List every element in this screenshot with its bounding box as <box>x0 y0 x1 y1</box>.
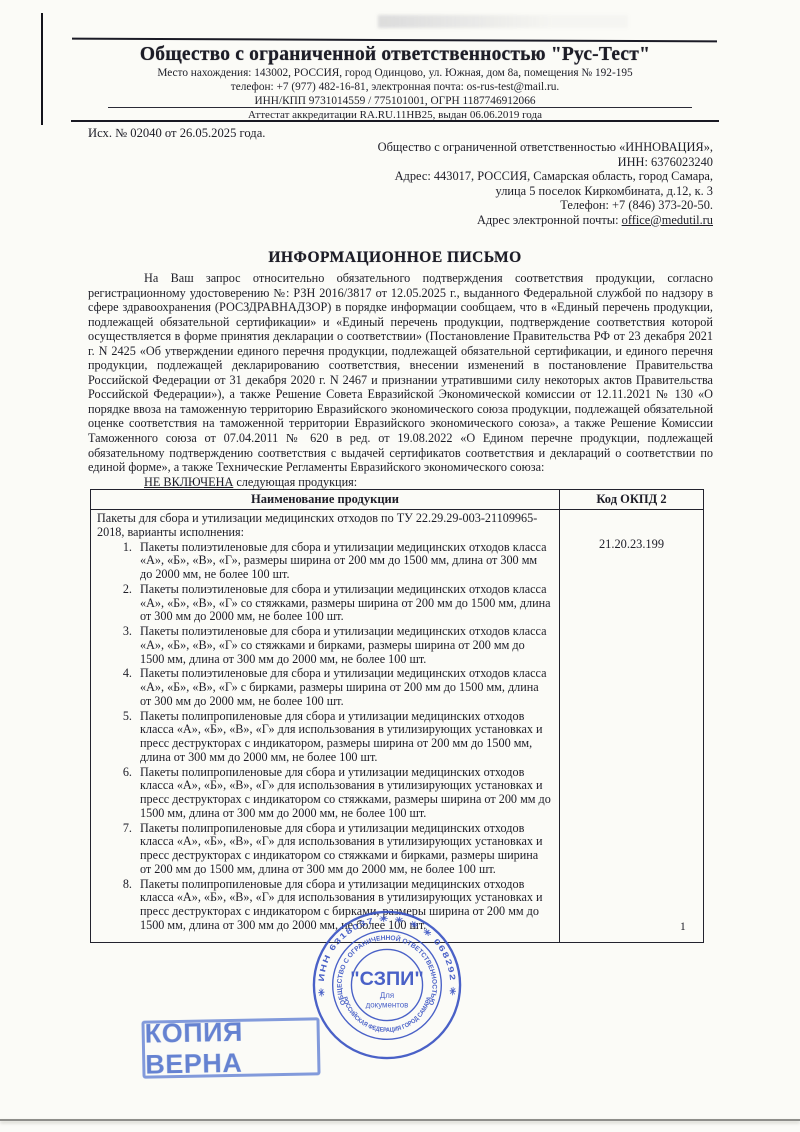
product-variant-item: Пакеты полиэтиленовые для сбора и утилиз… <box>135 541 551 582</box>
product-name-cell: Пакеты для сбора и утилизации медицински… <box>91 510 560 943</box>
scan-smudge-artifact <box>378 15 628 28</box>
not-included-line: НЕ ВКЛЮЧЕНА следующая продукция: <box>88 475 713 490</box>
okpd-code-cell: 21.20.23.199 <box>560 510 704 943</box>
not-included-emphasis: НЕ ВКЛЮЧЕНА <box>144 475 233 489</box>
product-variant-item: Пакеты полипропиленовые для сбора и утил… <box>135 766 551 821</box>
table-header-row: Наименование продукции Код ОКПД 2 <box>91 490 704 510</box>
product-variants-list: Пакеты полиэтиленовые для сбора и утилиз… <box>113 541 551 933</box>
round-org-stamp: ✳ ИНН 6318037 ✳ ✳ ✳ ✳ 068292 ✳ ОБЩЕСТВО … <box>308 906 466 1064</box>
sender-org-name: Общество с ограниченной ответственностью… <box>72 43 718 67</box>
copy-verna-label: КОПИЯ ВЕРНА <box>144 1015 317 1080</box>
not-included-rest: следующая продукция: <box>233 475 357 489</box>
product-variant-item: Пакеты полиэтиленовые для сбора и утилиз… <box>135 625 551 666</box>
recipient-org-name: Общество с ограниченной ответственностью… <box>243 140 713 155</box>
letter-body: На Ваш запрос относительно обязательного… <box>88 271 713 489</box>
copy-verna-stamp: КОПИЯ ВЕРНА <box>141 1017 320 1078</box>
stamp-center-line2: Для <box>380 991 394 1000</box>
recipient-phone: Телефон: +7 (846) 373-20-50. <box>243 198 713 213</box>
sender-contacts: телефон: +7 (977) 482-16-81, электронная… <box>72 81 718 95</box>
letterhead-top-rule <box>72 38 717 43</box>
scan-edge-artifact-bottom <box>0 1119 800 1121</box>
page-number: 1 <box>680 921 686 933</box>
letterhead-bottom-rule <box>71 120 719 123</box>
letterhead: Общество с ограниченной ответственностью… <box>72 43 718 108</box>
product-variant-item: Пакеты полипропиленовые для сбора и утил… <box>135 822 551 877</box>
outgoing-reference: Исх. № 02040 от 26.05.2025 года. <box>88 126 265 141</box>
product-variant-item: Пакеты полиэтиленовые для сбора и утилиз… <box>135 667 551 708</box>
recipient-email-label: Адрес электронной почты: <box>477 213 622 227</box>
sender-address: Место нахождения: 143002, РОССИЯ, город … <box>72 67 718 81</box>
col-header-okpd-code: Код ОКПД 2 <box>560 490 704 510</box>
table-row: Пакеты для сбора и утилизации медицински… <box>91 510 704 943</box>
col-header-product-name: Наименование продукции <box>91 490 560 510</box>
recipient-address-line1: Адрес: 443017, РОССИЯ, Самарская область… <box>243 169 713 184</box>
recipient-block: Общество с ограниченной ответственностью… <box>243 140 713 227</box>
products-table: Наименование продукции Код ОКПД 2 Пакеты… <box>90 489 704 943</box>
stamp-center-line3: документов <box>366 1001 409 1010</box>
product-intro: Пакеты для сбора и утилизации медицински… <box>97 512 551 540</box>
recipient-email-line: Адрес электронной почты: office@medutil.… <box>243 213 713 228</box>
stamp-center-name: "СЗПИ" <box>350 968 424 990</box>
product-variant-item: Пакеты полипропиленовые для сбора и утил… <box>135 710 551 765</box>
letter-body-paragraph: На Ваш запрос относительно обязательного… <box>88 271 713 475</box>
scan-edge-artifact-left <box>41 13 43 125</box>
recipient-inn: ИНН: 6376023240 <box>243 155 713 170</box>
recipient-email: office@medutil.ru <box>622 213 713 227</box>
recipient-address-line2: улица 5 поселок Киркомбината, д.12, к. 3 <box>243 184 713 199</box>
product-variant-item: Пакеты полиэтиленовые для сбора и утилиз… <box>135 583 551 624</box>
letter-title: ИНФОРМАЦИОННОЕ ПИСЬМО <box>72 249 718 267</box>
